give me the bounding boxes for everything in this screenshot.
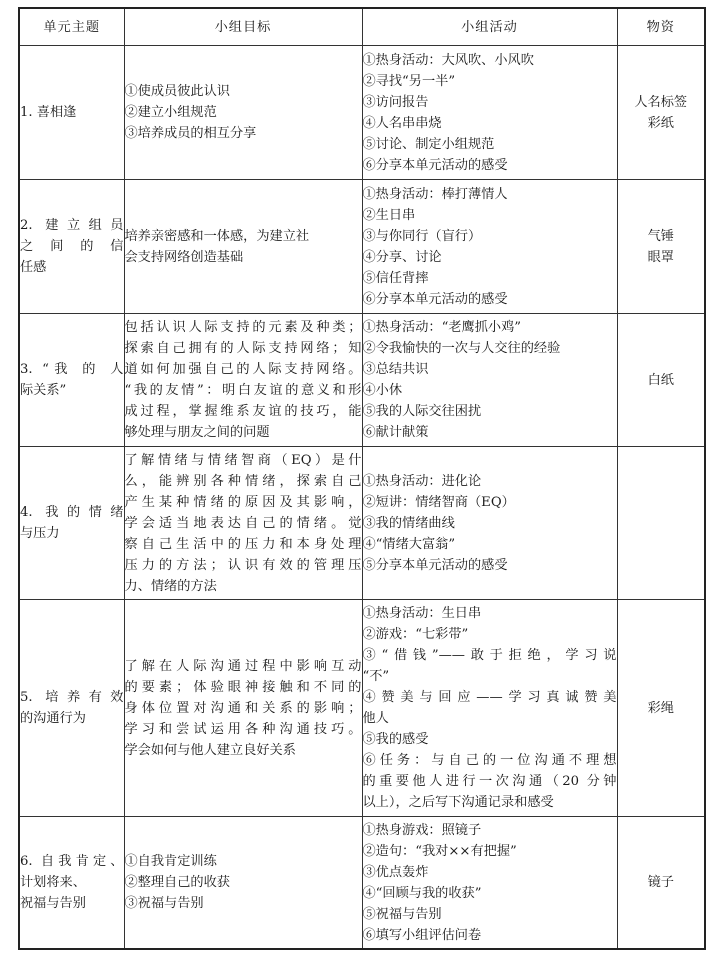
unit-theme-line: 计划将来、 [20, 872, 124, 893]
group-activities-cell: ①热身活动：进化论 ②短讲：情绪智商（EQ） ③我的情绪曲线 ④“情绪大富翁” … [362, 447, 617, 600]
unit-theme-line: 祝福与告别 [20, 893, 124, 914]
activity-item: ②短讲：情绪智商（EQ） [363, 492, 617, 513]
activity-item: ①热身活动：“老鹰抓小鸡” [363, 317, 617, 338]
goal-line: 学习和尝试运用各种沟通技巧。 [125, 719, 362, 740]
unit-theme-line: 2. 建立组员 [20, 215, 124, 236]
activity-item: ⑥献计献策 [363, 422, 617, 443]
goal-line: 了解在人际沟通过程中影响互动 [125, 656, 362, 677]
goal-line: 成过程，掌握维系友谊的技巧，能 [125, 401, 362, 422]
unit-theme-cell: 3. “我 的 人 际关系” [19, 314, 124, 447]
table-row: 1. 喜相逢 ①使成员彼此认识 ②建立小组规范 ③培养成员的相互分享 ①热身活动… [19, 46, 705, 180]
supplies-cell: 气锤 眼罩 [617, 180, 705, 314]
goal-line: 道如何加强自己的人际支持网络。 [125, 359, 362, 380]
goal-line: ①自我肯定训练 [125, 851, 362, 872]
activity-item: ⑤我的人际交往困扰 [363, 401, 617, 422]
header-supplies: 物资 [617, 8, 705, 46]
group-goal-cell: ①使成员彼此认识 ②建立小组规范 ③培养成员的相互分享 [124, 46, 362, 180]
goal-line: 产生某种情绪的原因及其影响， [125, 492, 362, 513]
activity-item: ②生日串 [363, 205, 617, 226]
unit-theme-cell: 1. 喜相逢 [19, 46, 124, 180]
goal-line: ②建立小组规范 [125, 102, 362, 123]
activity-item: ③优点轰炸 [363, 862, 617, 883]
group-goal-cell: 了解情绪与情绪智商（EQ）是什 么，能辨别各种情绪，探索自己 产生某种情绪的原因… [124, 447, 362, 600]
unit-theme-line: 任感 [20, 257, 124, 278]
goal-line: 力、情绪的方法 [125, 576, 362, 597]
activity-item: ④分享、讨论 [363, 247, 617, 268]
activity-item-continuation: “不” [363, 666, 617, 687]
unit-theme-line: 的沟通行为 [20, 708, 124, 729]
activity-item: ①热身活动：棒打薄情人 [363, 184, 617, 205]
activity-item: ②寻找“另一半” [363, 71, 617, 92]
supply-item: 镜子 [618, 872, 705, 893]
activity-item: ①热身活动：大风吹、小风吹 [363, 50, 617, 71]
goal-line: ③祝福与告别 [125, 893, 362, 914]
document-page: 单元主题 小组目标 小组活动 物资 1. 喜相逢 ①使成员彼此认识 ②建立小组规… [18, 7, 704, 950]
goal-line: 学会如何与他人建立良好关系 [125, 740, 362, 761]
header-unit-theme: 单元主题 [19, 8, 124, 46]
activity-item-continuation: 以上），之后写下沟通记录和感受 [363, 792, 617, 813]
supply-item: 气锤 [618, 226, 705, 247]
table-row: 2. 建立组员 之 间 的 信 任感 培养亲密感和一体感，为建立社 会支持网络创… [19, 180, 705, 314]
group-activities-cell: ①热身活动：棒打薄情人 ②生日串 ③与你同行（盲行） ④分享、讨论 ⑤信任背摔 … [362, 180, 617, 314]
group-goal-cell: 了解在人际沟通过程中影响互动 的要素；体验眼神接触和不同的 身体位置对沟通和关系… [124, 600, 362, 817]
group-activities-cell: ①热身活动：“老鹰抓小鸡” ②令我愉快的一次与人交往的经验 ③总结共识 ④小休 … [362, 314, 617, 447]
supply-item: 眼罩 [618, 247, 705, 268]
activity-item: ②令我愉快的一次与人交往的经验 [363, 338, 617, 359]
supply-item: 白纸 [618, 370, 705, 391]
activity-item: ③我的情绪曲线 [363, 513, 617, 534]
group-activities-cell: ①热身活动：大风吹、小风吹 ②寻找“另一半” ③访问报告 ④人名串串烧 ⑤讨论、… [362, 46, 617, 180]
unit-theme-line: 6. 自我肯定、 [20, 851, 124, 872]
activity-item: ①热身游戏：照镜子 [363, 820, 617, 841]
goal-line: 培养亲密感和一体感，为建立社 [125, 226, 362, 247]
goal-line: 包括认识人际支持的元素及种类； [125, 317, 362, 338]
goal-line: “我的友情”：明白友谊的意义和形 [125, 380, 362, 401]
goal-line: ②整理自己的收获 [125, 872, 362, 893]
goal-line: 会支持网络创造基础 [125, 247, 362, 268]
unit-theme-line: 际关系” [20, 380, 124, 401]
unit-theme-line: 之 间 的 信 [20, 236, 124, 257]
activity-item: ③“借钱”——敢于拒绝，学习说 [363, 645, 617, 666]
group-activities-cell: ①热身游戏：照镜子 ②造句：“我对××有把握” ③优点轰炸 ④“回顾与我的收获”… [362, 817, 617, 950]
activity-item: ⑥分享本单元活动的感受 [363, 155, 617, 176]
activity-item: ④“回顾与我的收获” [363, 883, 617, 904]
activity-item: ④人名串串烧 [363, 113, 617, 134]
unit-theme-cell: 2. 建立组员 之 间 的 信 任感 [19, 180, 124, 314]
activity-item: ⑤祝福与告别 [363, 904, 617, 925]
activity-item: ④“情绪大富翁” [363, 534, 617, 555]
supplies-cell: 镜子 [617, 817, 705, 950]
activity-item-continuation: 的重要他人进行一次沟通（20 分钟 [363, 771, 617, 792]
supplies-cell: 白纸 [617, 314, 705, 447]
unit-theme-cell: 5. 培养有效 的沟通行为 [19, 600, 124, 817]
activity-item-continuation: 他人 [363, 708, 617, 729]
activity-item: ③访问报告 [363, 92, 617, 113]
table-row: 3. “我 的 人 际关系” 包括认识人际支持的元素及种类； 探索自己拥有的人际… [19, 314, 705, 447]
activity-item: ⑥任务：与自己的一位沟通不理想 [363, 750, 617, 771]
group-goal-cell: 包括认识人际支持的元素及种类； 探索自己拥有的人际支持网络；知 道如何加强自己的… [124, 314, 362, 447]
supply-item: 彩纸 [618, 113, 705, 134]
activity-item: ②游戏：“七彩带” [363, 624, 617, 645]
activity-item: ⑤我的感受 [363, 729, 617, 750]
goal-line: 么，能辨别各种情绪，探索自己 [125, 471, 362, 492]
header-group-goal: 小组目标 [124, 8, 362, 46]
activity-item: ③与你同行（盲行） [363, 226, 617, 247]
supplies-cell: 彩绳 [617, 600, 705, 817]
goal-line: 够处理与朋友之间的问题 [125, 422, 362, 443]
goal-line: 学会适当地表达自己的情绪。觉 [125, 513, 362, 534]
activity-item: ⑤分享本单元活动的感受 [363, 555, 617, 576]
goal-line: 了解情绪与情绪智商（EQ）是什 [125, 450, 362, 471]
unit-theme-line: 3. “我 的 人 [20, 359, 124, 380]
supply-item: 彩绳 [618, 698, 705, 719]
table-row: 4. 我的情绪 与压力 了解情绪与情绪智商（EQ）是什 么，能辨别各种情绪，探索… [19, 447, 705, 600]
supplies-cell [617, 447, 705, 600]
activity-item: ⑥填写小组评估问卷 [363, 925, 617, 946]
activity-item: ⑤信任背摔 [363, 268, 617, 289]
table-header-row: 单元主题 小组目标 小组活动 物资 [19, 8, 705, 46]
activity-item: ③总结共识 [363, 359, 617, 380]
header-group-activities: 小组活动 [362, 8, 617, 46]
activity-item: ④小休 [363, 380, 617, 401]
unit-theme-line: 与压力 [20, 523, 124, 544]
table-row: 5. 培养有效 的沟通行为 了解在人际沟通过程中影响互动 的要素；体验眼神接触和… [19, 600, 705, 817]
unit-theme-cell: 4. 我的情绪 与压力 [19, 447, 124, 600]
unit-theme-line: 1. 喜相逢 [20, 102, 124, 123]
group-goal-cell: 培养亲密感和一体感，为建立社 会支持网络创造基础 [124, 180, 362, 314]
activity-item: ①热身活动：生日串 [363, 603, 617, 624]
activity-item: ②造句：“我对××有把握” [363, 841, 617, 862]
unit-theme-line: 5. 培养有效 [20, 687, 124, 708]
goal-line: 压力的方法；认识有效的管理压 [125, 555, 362, 576]
activity-item: ⑤讨论、制定小组规范 [363, 134, 617, 155]
supply-item: 人名标签 [618, 92, 705, 113]
group-goal-cell: ①自我肯定训练 ②整理自己的收获 ③祝福与告别 [124, 817, 362, 950]
goal-line: 探索自己拥有的人际支持网络；知 [125, 338, 362, 359]
goal-line: 的要素；体验眼神接触和不同的 [125, 677, 362, 698]
unit-theme-line: 4. 我的情绪 [20, 502, 124, 523]
goal-line: ③培养成员的相互分享 [125, 123, 362, 144]
activity-item: ⑥分享本单元活动的感受 [363, 289, 617, 310]
unit-theme-cell: 6. 自我肯定、 计划将来、 祝福与告别 [19, 817, 124, 950]
activity-item: ④赞美与回应——学习真诚赞美 [363, 687, 617, 708]
supplies-cell: 人名标签 彩纸 [617, 46, 705, 180]
activity-item: ①热身活动：进化论 [363, 471, 617, 492]
group-activities-cell: ①热身活动：生日串 ②游戏：“七彩带” ③“借钱”——敢于拒绝，学习说 “不” … [362, 600, 617, 817]
goal-line: 察自己生活中的压力和本身处理 [125, 534, 362, 555]
goal-line: ①使成员彼此认识 [125, 81, 362, 102]
table-row: 6. 自我肯定、 计划将来、 祝福与告别 ①自我肯定训练 ②整理自己的收获 ③祝… [19, 817, 705, 950]
group-plan-table: 单元主题 小组目标 小组活动 物资 1. 喜相逢 ①使成员彼此认识 ②建立小组规… [18, 7, 706, 950]
goal-line: 身体位置对沟通和关系的影响； [125, 698, 362, 719]
